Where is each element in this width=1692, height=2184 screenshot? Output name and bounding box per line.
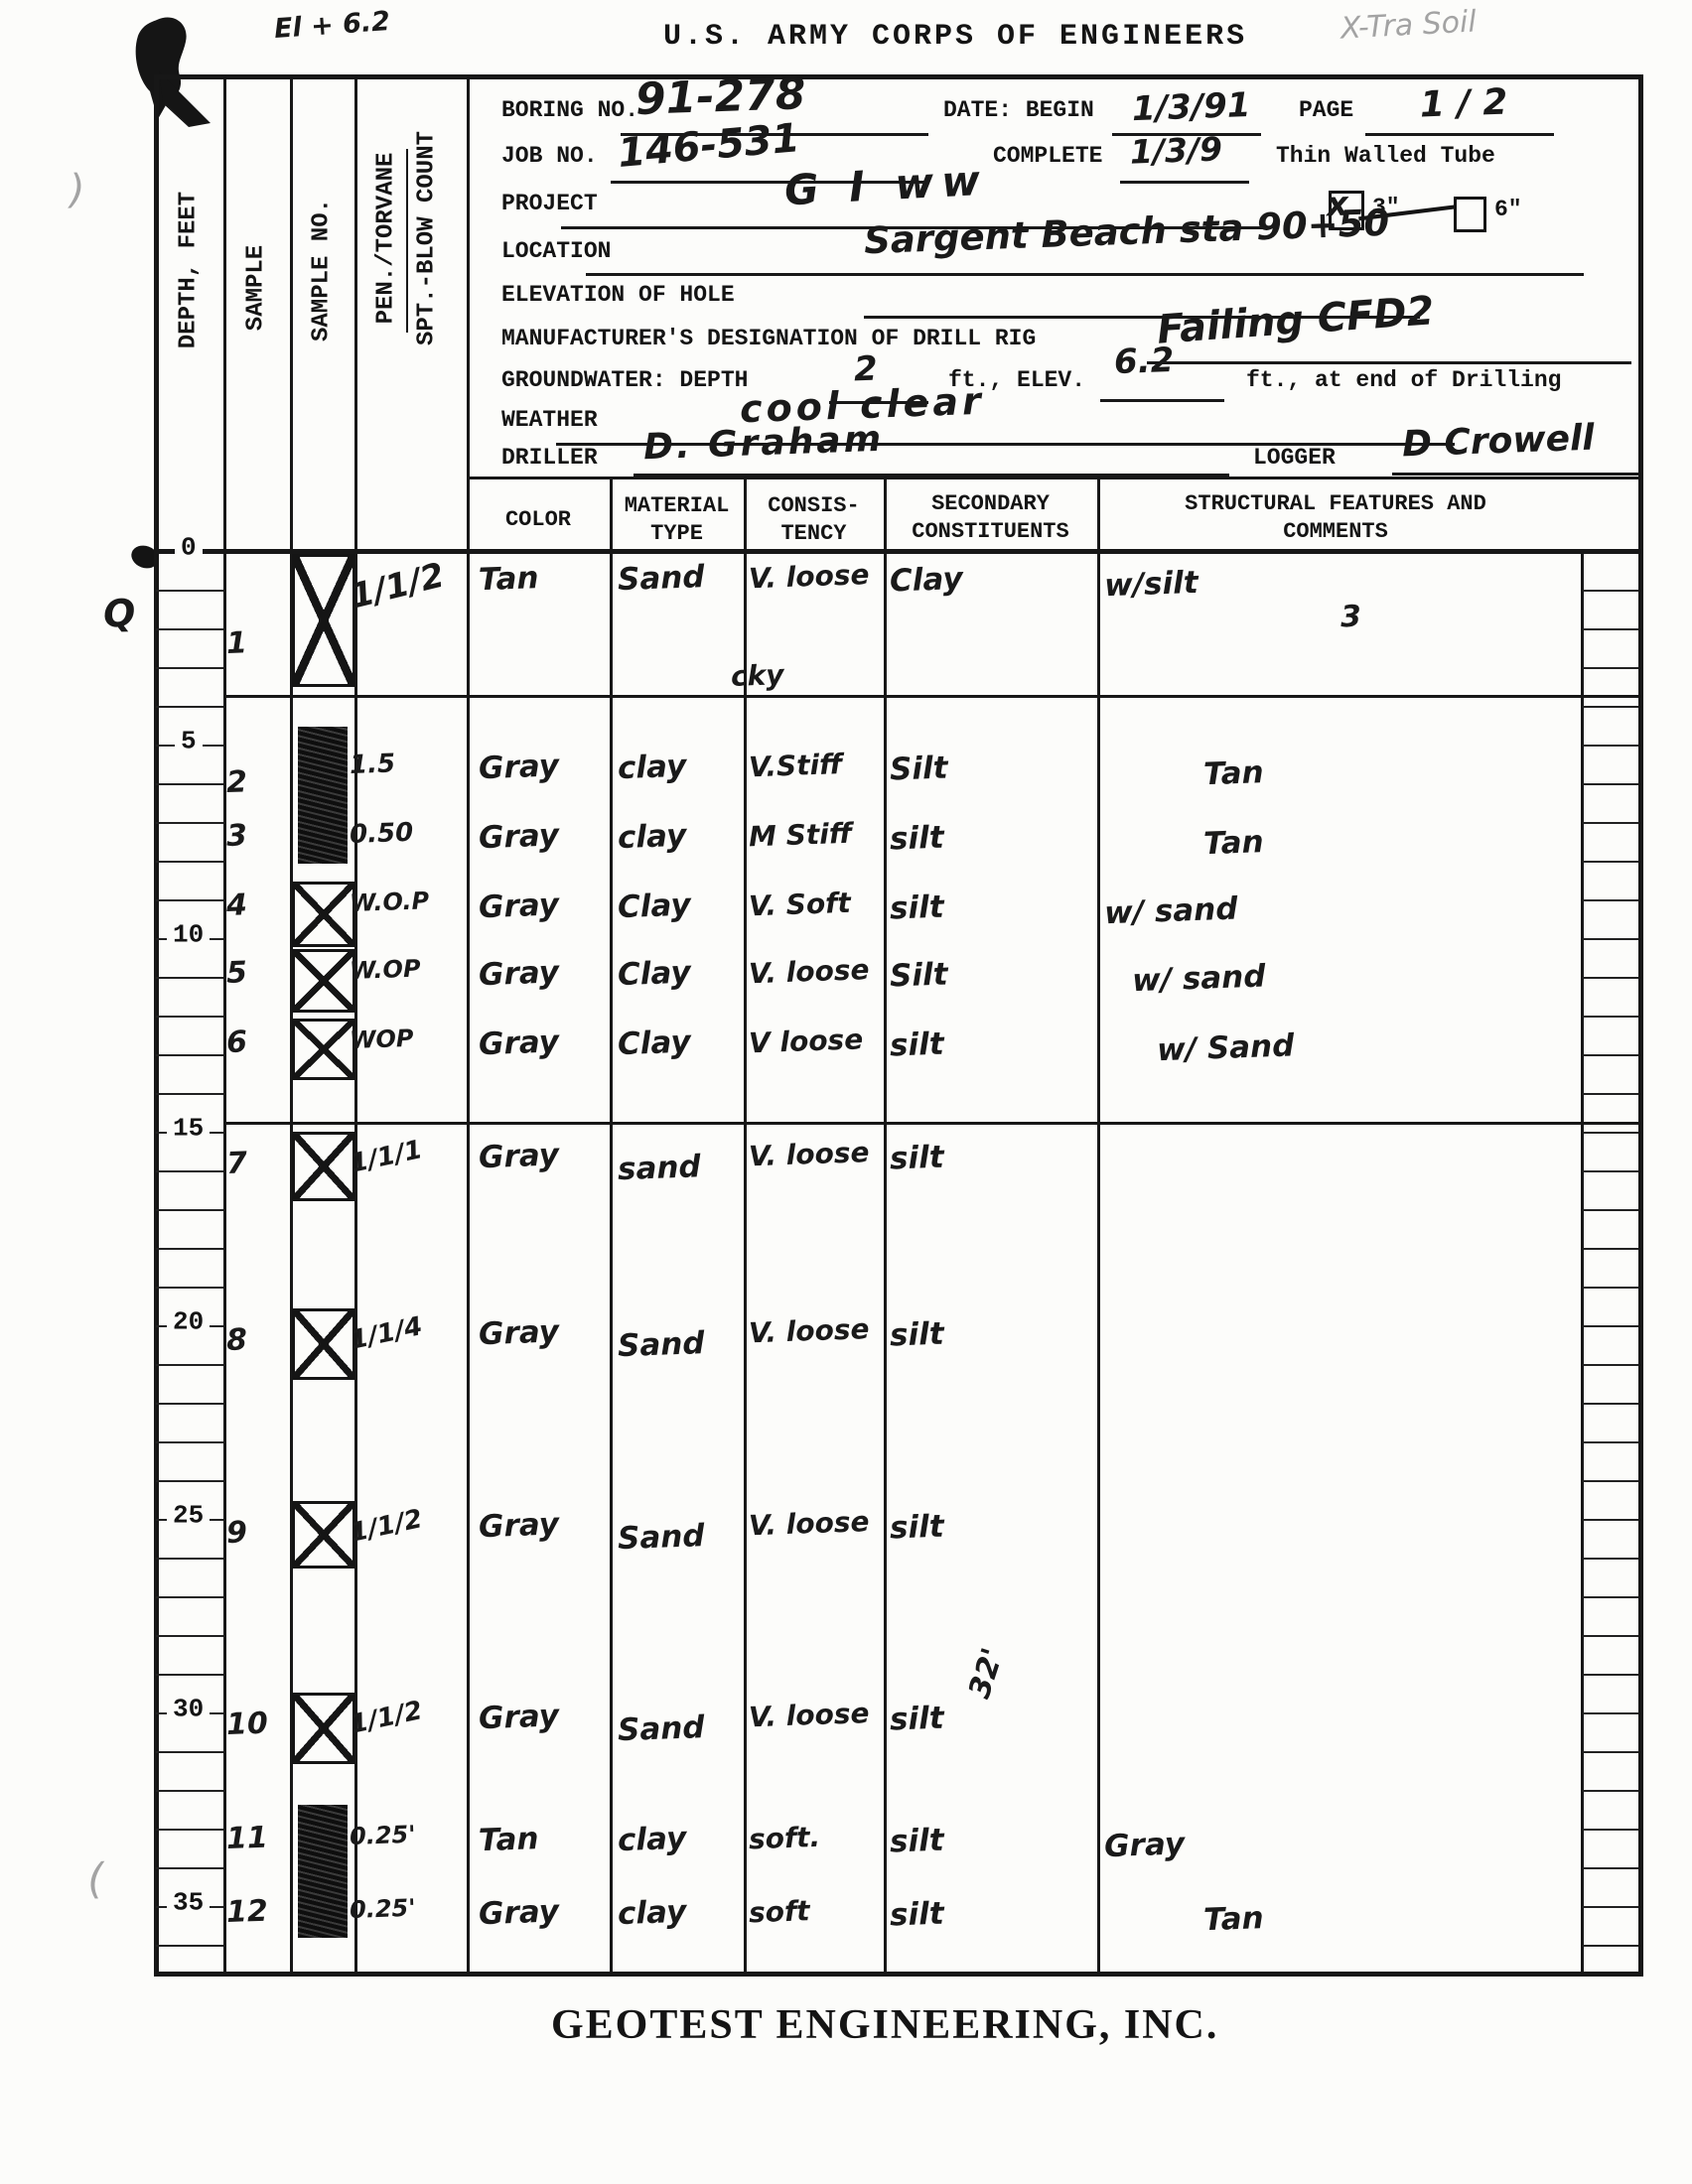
right-margin-tick [1583,783,1638,785]
secondary-value: Clay [889,556,1090,599]
sample-number: 5 [225,954,286,991]
comments-value: Tan [1203,1886,1671,1938]
right-margin-tick [1583,628,1638,630]
depth-foot-tick [156,1790,223,1792]
zero-depth-rule [154,549,1640,554]
depth-label-35: 35 [167,1888,210,1918]
color-column-rule [610,477,613,1972]
sample-number: 8 [225,1321,286,1358]
pen-torvane-value: 1/1/2 [348,1687,467,1739]
material-value: Sand [617,558,739,598]
complete-label: COMPLETE [993,143,1102,169]
depth-foot-tick [156,628,223,630]
color-value: Gray [478,886,606,925]
fifteen-foot-rule [223,1122,1640,1125]
comments-value [1104,1130,1571,1146]
complete-value: 1/3/9 [1129,129,1222,171]
material-value: Sand [617,1708,739,1748]
depth-foot-tick [156,861,223,863]
pen-torvane-value: 1/1/2 [347,551,468,617]
pen-torvane-value: 1/1/4 [348,1302,467,1355]
comments-value [1104,1691,1571,1706]
material-type-header: MATERIAL TYPE [612,492,742,547]
date-begin-label: DATE: BEGIN [943,97,1094,123]
sampleno-column-label: SAMPLE NO. [309,199,336,341]
angle-comment-note: 32' [962,1644,1011,1703]
right-margin-tick [1583,977,1638,979]
sample-number: 3 [225,817,286,854]
right-margin-tick [1583,1132,1638,1134]
page-value: 1 / 2 [1419,81,1508,125]
depth-foot-tick [156,1829,223,1831]
consistency-value: soft [748,1892,882,1930]
location-value: Sargent Beach sta 90+50 [863,202,1389,262]
pen-column-rule [467,74,470,1972]
comments-value [1104,1306,1571,1322]
consistency-value: V loose [748,1023,882,1060]
depth-foot-tick [156,1751,223,1753]
right-margin-tick [1583,1519,1638,1521]
sample-number: 2 [225,763,286,800]
right-margin-tick [1583,706,1638,708]
right-margin-tick [1583,1403,1638,1405]
color-value: Gray [478,953,606,993]
logger-label: LOGGER [1253,445,1336,471]
depth-foot-tick [156,1248,223,1250]
material-value: Clay [617,1023,739,1062]
depth-foot-tick [156,590,223,592]
tube-6in-checkbox [1454,197,1486,232]
material-value: clay [617,747,739,786]
sample-number: 9 [225,1514,286,1551]
comments-value: Gray [1104,1813,1572,1864]
depth-foot-tick [156,1945,223,1947]
material-column-rule [744,477,747,1972]
secondary-constituents-header: SECONDARY CONSTITUENTS [886,490,1095,545]
consistency-value: soft. [748,1819,882,1856]
drill-rig-value: Failing CFD2 [1156,288,1436,352]
color-value: Gray [478,1505,606,1545]
sample-number: 12 [225,1893,286,1930]
extra-soil-note: X-Tra Soil [1339,4,1477,46]
depth-foot-tick [156,1441,223,1443]
tube-6in-label: 6" [1494,197,1522,222]
depth-foot-tick [156,1558,223,1560]
depth-foot-tick [156,1403,223,1405]
secondary-value: Silt [889,745,1090,787]
secondary-column-rule [1097,477,1100,1972]
elevation-label: ELEVATION OF HOLE [501,282,735,308]
material-value: clay [617,1892,739,1932]
material-correction-note: cky [730,658,784,693]
right-margin-tick [1583,1635,1638,1637]
comments-value: w/ sand [1104,880,1572,931]
logger-value: D Crowell [1401,418,1595,466]
push-sample-symbol [292,554,355,687]
right-margin-tick [1583,1674,1638,1676]
boring-no-label: BORING NO. [501,97,638,123]
depth-column-rule [223,74,226,1972]
consistency-header: CONSIS-TENCY [746,492,882,547]
tube-sample-shading-lower [298,1805,348,1938]
right-margin-tick [1583,1596,1638,1598]
push-sample-symbol [292,882,355,947]
material-value: Sand [617,1324,739,1364]
thin-walled-tube-label: Thin Walled Tube [1276,143,1495,169]
pen-torvane-value: 0.50 [350,816,466,850]
push-sample-symbol [292,949,355,1013]
row1-squiggle-mark: 3 [1339,600,1361,635]
right-margin-tick [1583,899,1638,901]
color-header: COLOR [467,506,610,534]
right-margin-tick [1583,1829,1638,1831]
secondary-value: silt [889,1021,1090,1063]
secondary-value: silt [889,1695,1090,1737]
margin-q-mark: Q [102,591,136,635]
color-value: Gray [478,1312,606,1352]
right-margin-tick [1583,1325,1638,1327]
right-margin-tick [1583,1016,1638,1018]
comments-value: Tan [1203,810,1671,862]
depth-foot-tick [156,1867,223,1869]
header-box-bottom-rule [467,477,1640,479]
push-sample-symbol [292,1132,355,1201]
depth-foot-tick [156,822,223,824]
consistency-value: V. loose [748,1505,882,1543]
color-value: Gray [478,816,606,856]
location-underline [586,273,1584,276]
right-margin-tick [1583,1867,1638,1869]
groundwater-elev-underline [1100,399,1224,402]
right-margin-tick [1583,1906,1638,1908]
material-value: Clay [617,886,739,925]
depth-foot-tick [156,1016,223,1018]
consistency-value: V. loose [748,1312,882,1350]
right-margin-tick [1583,938,1638,940]
sample-number: 11 [225,1820,286,1856]
depth-foot-tick [156,1674,223,1676]
depth-foot-tick [156,1093,223,1095]
frame-left-border [154,74,159,1977]
pen-torvane-value: 0.25' [350,1892,466,1924]
depth-foot-tick [156,1364,223,1366]
right-margin-tick [1583,1945,1638,1947]
weather-label: WEATHER [501,407,598,433]
consistency-value: V. loose [748,1136,882,1173]
sample-number: 7 [225,1145,286,1181]
right-margin-tick [1583,1480,1638,1482]
depth-column-label: DEPTH, FEET [176,192,203,348]
pen-torvane-column-label: PEN./TORVANE [373,153,400,325]
material-value: Clay [617,953,739,993]
scan-paren-artifact-bottom: ( [86,1854,104,1904]
page-underline [1365,133,1554,136]
location-label: LOCATION [501,238,611,264]
depth-foot-tick [156,783,223,785]
logger-underline [1392,473,1638,476]
comments-value [1104,1499,1571,1515]
complete-underline [1120,181,1249,184]
right-margin-tick [1583,667,1638,669]
ink-blob [127,14,236,131]
secondary-value: Silt [889,951,1090,994]
consistency-column-rule [884,477,887,1972]
right-margin-tick [1583,1790,1638,1792]
comments-value: w/ sand [1132,947,1600,999]
push-sample-symbol [292,1019,355,1080]
depth-foot-tick [156,667,223,669]
right-margin-tick [1583,1054,1638,1056]
secondary-value: silt [889,1134,1090,1176]
depth-label-5: 5 [175,727,203,756]
right-margin-tick [1583,1287,1638,1289]
depth-label-25: 25 [167,1501,210,1531]
secondary-value: silt [889,1890,1090,1933]
material-value: sand [617,1148,739,1187]
sample-number: 6 [225,1024,286,1060]
push-sample-symbol [292,1693,355,1764]
sample-column-label: SAMPLE [243,245,270,331]
right-margin-tick [1583,1364,1638,1366]
project-value: G I ww [783,156,989,215]
right-margin-tick [1583,1751,1638,1753]
depth-label-20: 20 [167,1307,210,1337]
pen-torvane-value: W.OP [350,953,466,985]
right-margin-tick [1583,1093,1638,1095]
depth-foot-tick [156,1209,223,1211]
depth-foot-tick [156,1170,223,1172]
secondary-value: silt [889,814,1090,857]
project-label: PROJECT [501,191,598,216]
drill-rig-label: MANUFACTURER'S DESIGNATION OF DRILL RIG [501,326,1036,351]
depth-label-15: 15 [167,1114,210,1144]
consistency-value: V. loose [748,953,882,991]
material-value: Sand [617,1517,739,1557]
drill-rig-underline [1147,361,1631,364]
color-value: Gray [478,1892,606,1932]
right-margin-tick [1583,1441,1638,1443]
secondary-value: silt [889,1503,1090,1546]
driller-value: D. Graham [642,419,884,468]
right-margin-tick [1583,861,1638,863]
frame-top-border [154,74,1643,79]
depth-foot-tick [156,977,223,979]
frame-right-border [1638,74,1643,1977]
depth-foot-tick [156,706,223,708]
push-sample-symbol [292,1308,355,1380]
job-no-label: JOB NO. [501,143,598,169]
spt-blowcount-column-label: SPT.-BLOW COUNT [414,131,441,345]
structural-features-header: STRUCTURAL FEATURES AND COMMENTS [1167,490,1504,545]
push-sample-symbol [292,1501,355,1569]
consistency-value: V. loose [748,558,882,596]
material-value: clay [617,1819,739,1858]
right-margin-tick [1583,745,1638,747]
depth-label-0: 0 [175,533,203,563]
right-margin-tick [1583,590,1638,592]
right-margin-tick [1583,1712,1638,1714]
sample-number: 1 [225,624,286,661]
consistency-value: V.Stiff [748,747,882,784]
comments-value: w/silt [1104,552,1572,604]
page-label: PAGE [1299,97,1353,123]
secondary-value: silt [889,884,1090,926]
depth-foot-tick [156,899,223,901]
pen-torvane-value: 0.25' [350,1819,466,1850]
comments-value: w/ Sand [1157,1017,1624,1068]
elevation-margin-note: El + 6.2 [273,6,391,45]
sample-number: 4 [225,887,286,923]
color-value: Tan [478,558,606,598]
right-margin-tick [1583,1170,1638,1172]
right-margin-tick [1583,1248,1638,1250]
color-value: Gray [478,1136,606,1175]
frame-bottom-border [154,1972,1643,1977]
groundwater-end-label: ft., at end of Drilling [1246,367,1561,393]
pen-torvane-value: 1/1/1 [348,1126,467,1178]
depth-label-10: 10 [167,920,210,950]
color-value: Gray [478,747,606,786]
secondary-value: silt [889,1310,1090,1353]
pen-torvane-value: WOP [350,1023,466,1054]
pen-torvane-value: 1/1/2 [348,1495,467,1548]
consistency-value: V. Soft [748,886,882,923]
consistency-value: M Stiff [748,816,882,854]
secondary-value: silt [889,1817,1090,1859]
consistency-value: V. loose [748,1697,882,1734]
color-value: Gray [478,1023,606,1062]
depth-foot-tick [156,1480,223,1482]
boring-log-scan: U.S. ARMY CORPS OF ENGINEERS GEOTEST ENG… [0,0,1692,2184]
tube-sample-shading-upper [298,727,348,864]
pen-torvane-value: W.O.P [350,886,466,917]
row1-bottom-rule [223,695,1640,698]
right-margin-tick [1583,1209,1638,1211]
right-margin-tick [1583,822,1638,824]
color-value: Gray [478,1697,606,1736]
pen-spt-divider [406,149,408,333]
right-margin-tick [1583,1558,1638,1560]
company-footer: GEOTEST ENGINEERING, INC. [551,2001,1218,2049]
depth-foot-tick [156,1287,223,1289]
color-value: Tan [478,1819,606,1858]
driller-underline [634,474,1229,477]
groundwater-elev-value: 6.2 [1113,341,1175,382]
material-value: clay [617,816,739,856]
sample-number: 10 [225,1706,286,1742]
driller-label: DRILLER [501,445,598,471]
depth-foot-tick [156,1635,223,1637]
depth-foot-tick [156,1054,223,1056]
groundwater-label: GROUNDWATER: DEPTH [501,367,748,393]
page-title: U.S. ARMY CORPS OF ENGINEERS [663,20,1247,54]
scan-paren-artifact-top: ) [69,167,85,213]
depth-label-30: 30 [167,1695,210,1724]
date-begin-value: 1/3/91 [1131,85,1251,129]
pen-torvane-value: 1.5 [350,747,466,780]
depth-foot-tick [156,1596,223,1598]
